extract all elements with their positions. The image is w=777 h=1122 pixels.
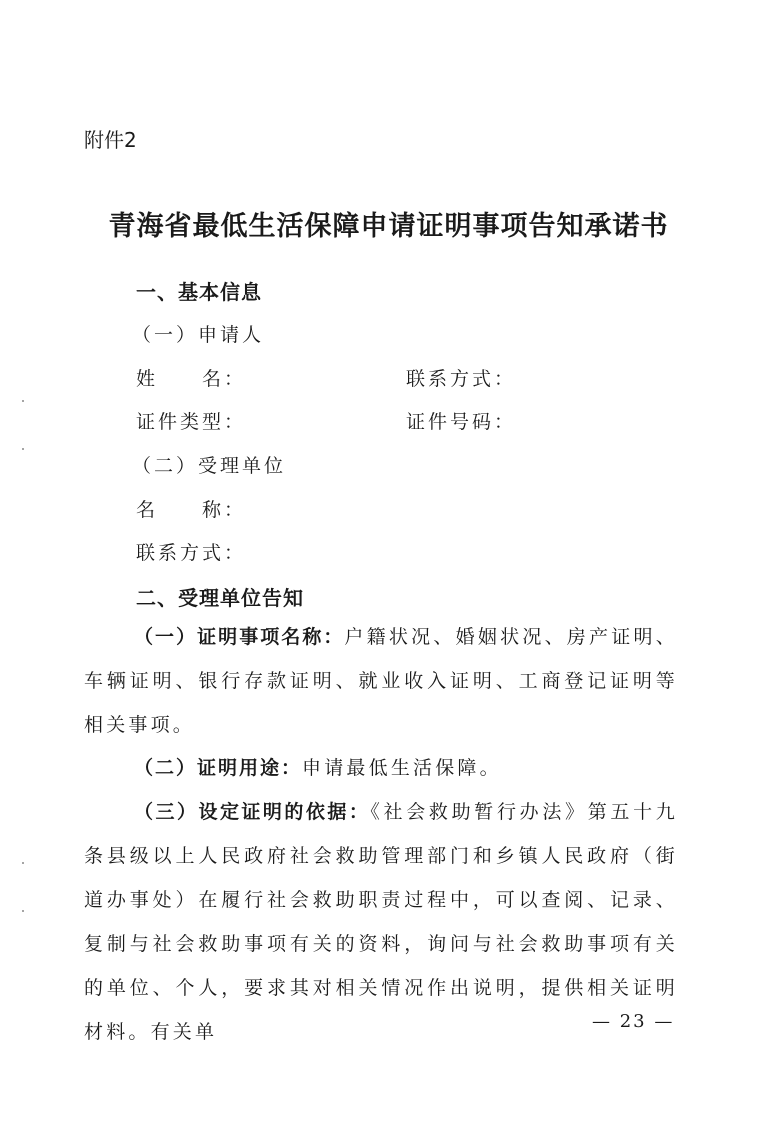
page-number: — 23 — (592, 1011, 674, 1032)
notice-item-3-label: （三）设定证明的依据： (134, 801, 370, 823)
notice-item-2-label: （二）证明用途： (134, 757, 302, 779)
notice-item-3: （三）设定证明的依据：《社会救助暂行办法》第五十九条县级以上人民政府社会救助管理… (84, 790, 678, 1054)
notice-item-2: （二）证明用途：申请最低生活保障。 (84, 746, 678, 790)
scan-artifact (22, 862, 24, 864)
notice-item-3-text: 《社会救助暂行办法》第五十九条县级以上人民政府社会救助管理部门和乡镇人民政府（街… (84, 801, 678, 1043)
applicant-id-type-label: 证件类型： (136, 407, 246, 434)
notice-item-1: （一）证明事项名称：户籍状况、婚姻状况、房产证明、车辆证明、银行存款证明、就业收… (84, 615, 678, 747)
applicant-heading: （一）申请人 (132, 320, 264, 347)
unit-heading: （二）受理单位 (132, 451, 286, 478)
attachment-label: 附件2 (84, 124, 137, 153)
unit-name-label: 名 称： (136, 495, 246, 522)
applicant-contact-label: 联系方式： (406, 364, 516, 391)
unit-contact-label: 联系方式： (136, 538, 246, 565)
scan-artifact (22, 448, 24, 450)
document-title: 青海省最低生活保障申请证明事项告知承诺书 (0, 204, 777, 243)
notice-item-2-text: 申请最低生活保障。 (302, 757, 502, 779)
scan-artifact (22, 400, 24, 402)
applicant-name-label: 姓 名： (136, 364, 246, 391)
section-notice-heading: 二、受理单位告知 (136, 582, 304, 611)
notice-item-1-label: （一）证明事项名称： (134, 626, 344, 648)
section-basic-info-heading: 一、基本信息 (136, 276, 262, 305)
scan-artifact (22, 910, 24, 912)
applicant-id-number-label: 证件号码： (406, 407, 516, 434)
